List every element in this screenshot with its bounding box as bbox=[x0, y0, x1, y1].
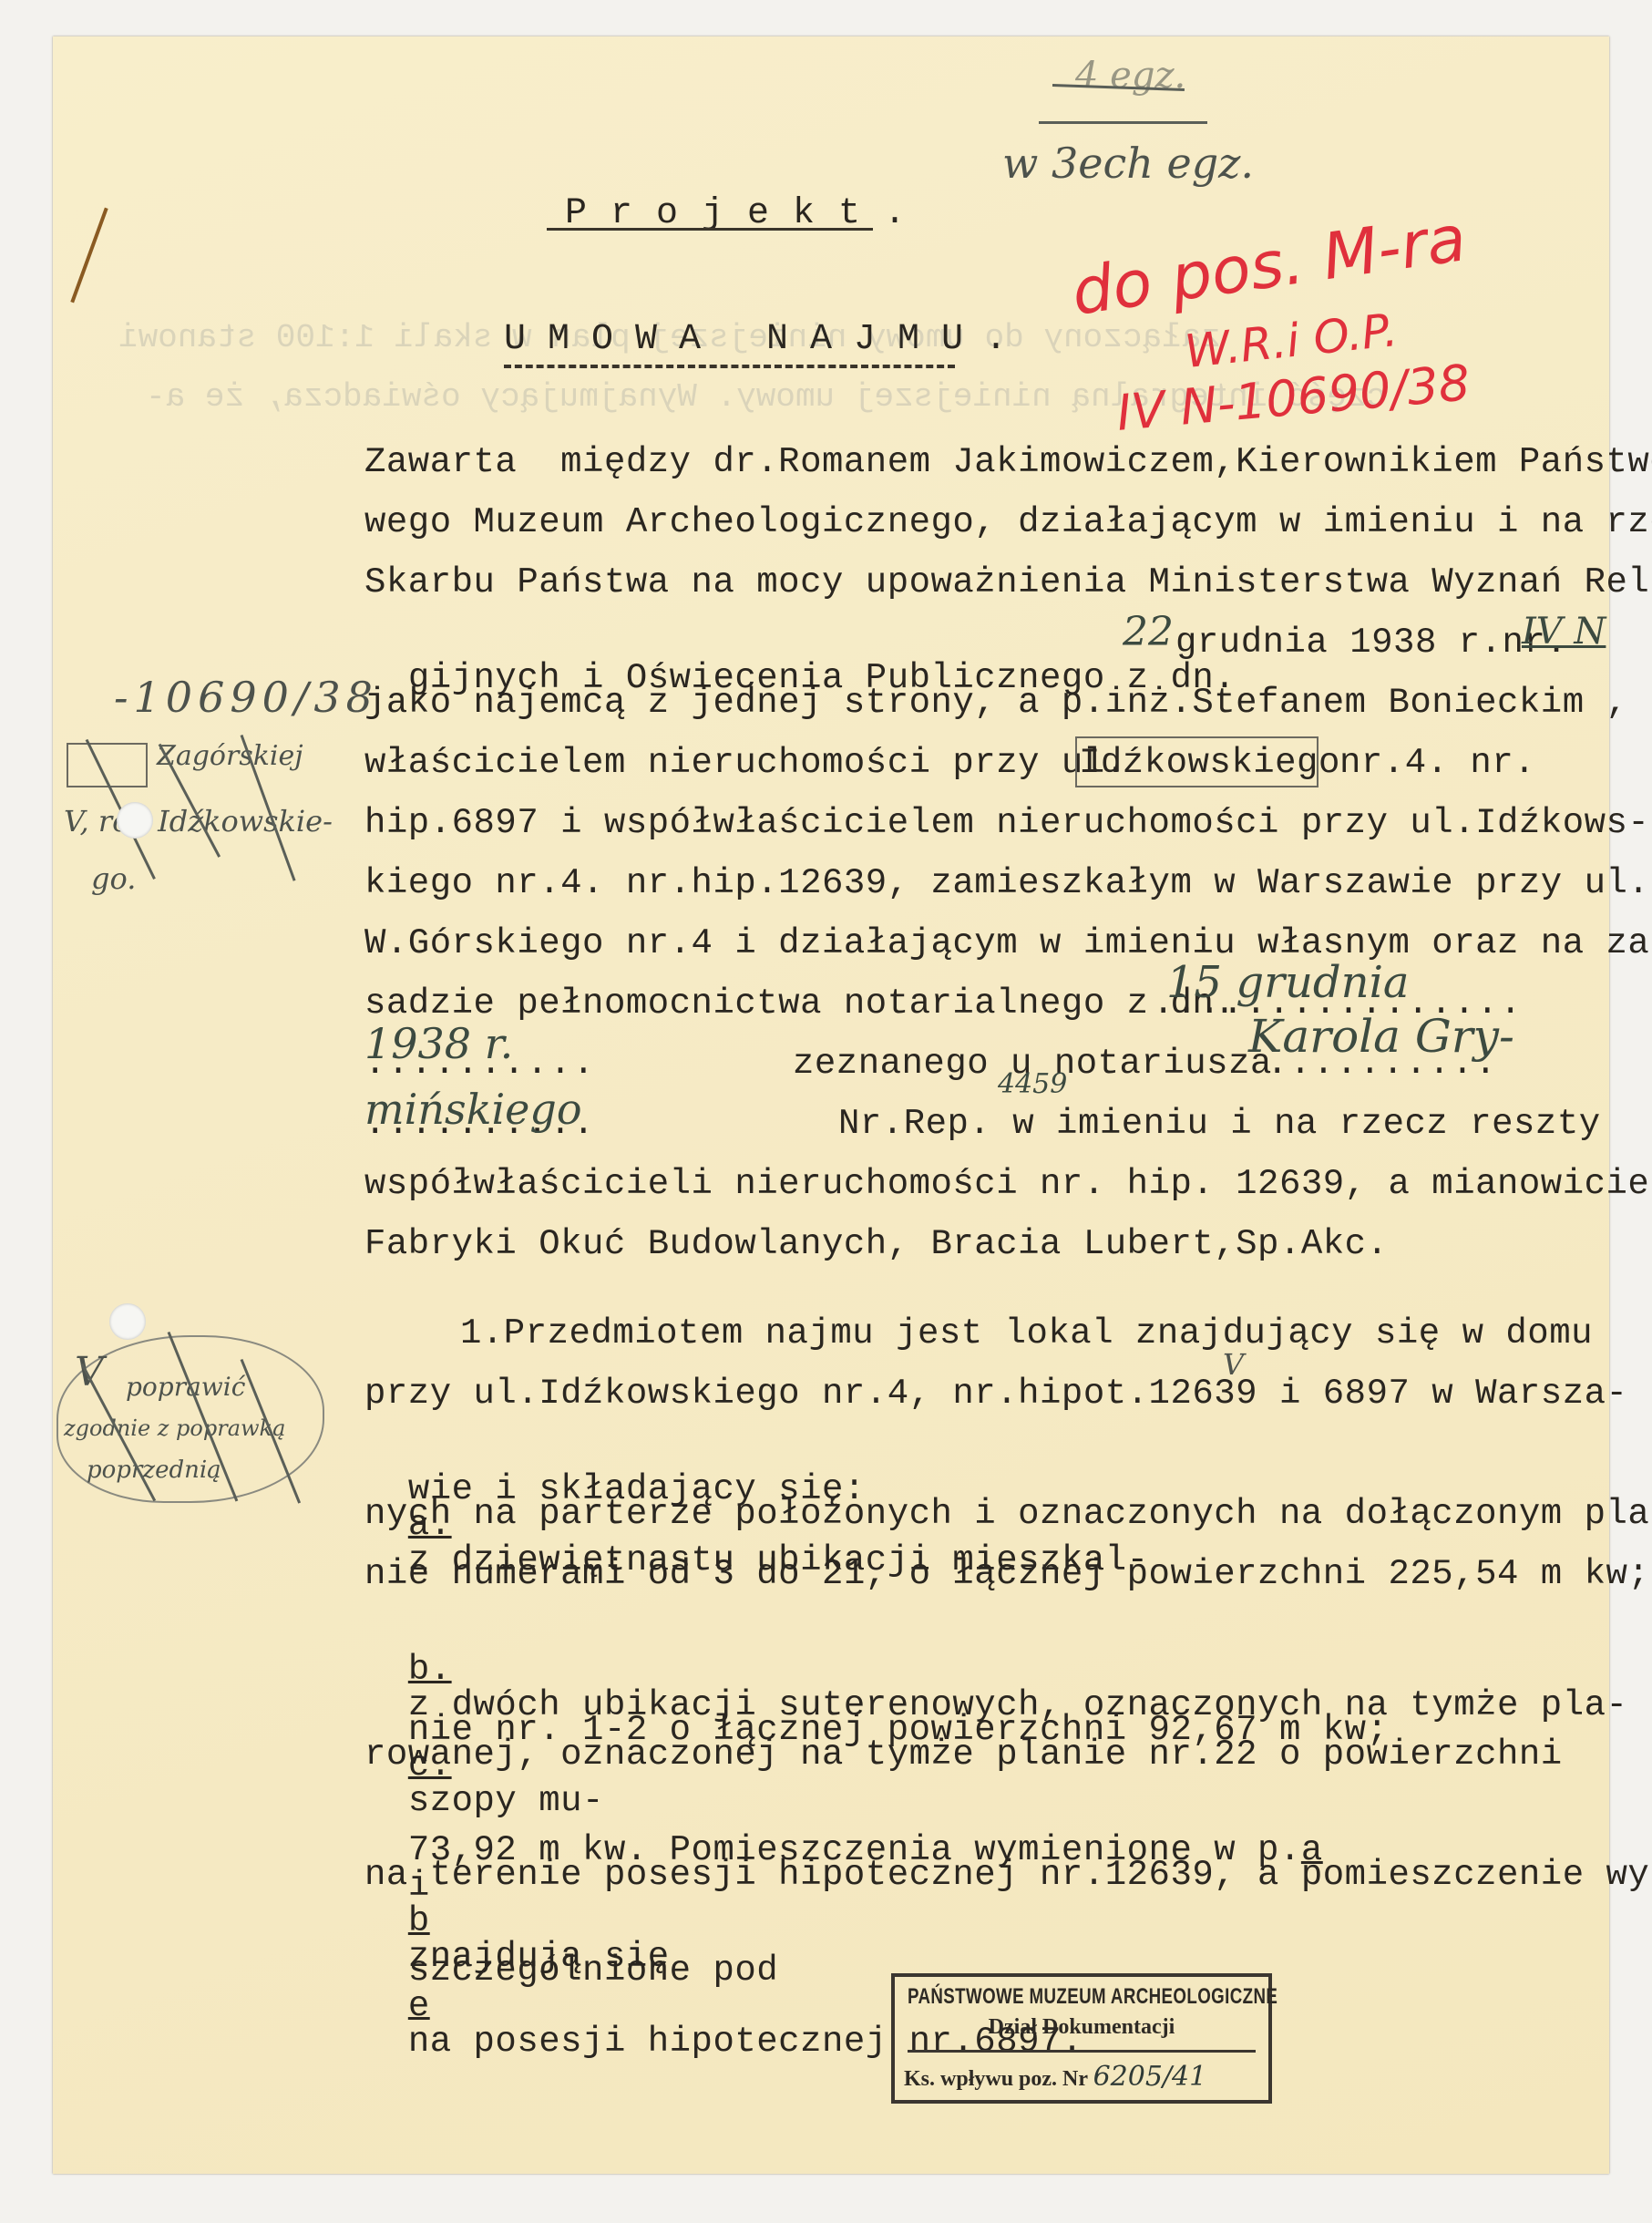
stamp-institution: PAŃSTWOWE MUZEUM ARCHEOLOGICZNE bbox=[908, 1984, 1277, 2010]
handwritten-poa-date: 15 grudnia bbox=[1166, 957, 1410, 1008]
stamp-entry-label: Ks. wpływu poz. Nr bbox=[904, 2067, 1088, 2091]
stamp-entry-line: Ks. wpływu poz. Nr 6205/41 bbox=[904, 2061, 1206, 2093]
archive-stamp: PAŃSTWOWE MUZEUM ARCHEOLOGICZNE Dział Do… bbox=[891, 1973, 1272, 2104]
body-line-12: Nr.Rep. w imieniu i na rzecz reszty bbox=[838, 1106, 1601, 1142]
body-line-10: sadzie pełnomocnictwa notarialnego z dn. bbox=[364, 986, 1236, 1022]
margin-case-number: -10690/38 bbox=[114, 673, 378, 722]
document-title: UMOWA NAJMU. bbox=[504, 319, 1029, 360]
body-line-14: Fabryki Okuć Budowlanych, Bracia Lubert,… bbox=[364, 1227, 1388, 1262]
section-1-line-8: rowanej, oznaczonej na tymże planie nr.2… bbox=[364, 1737, 1563, 1773]
stamp-entry-number: 6205/41 bbox=[1093, 2061, 1207, 2093]
circle-note-line-2: zgodnie z poprawką bbox=[64, 1415, 285, 1441]
section-1-line-4: nych na parterze położonych i oznaczonyc… bbox=[364, 1497, 1652, 1532]
body-line-7: hip.6897 i współwłaścicielem nieruchomoś… bbox=[364, 806, 1649, 841]
copies-note: w 3ech egz. bbox=[1002, 139, 1254, 188]
handwritten-decree-number: IV N bbox=[1522, 611, 1606, 653]
insert-mark-margin: V bbox=[75, 1349, 104, 1395]
handwritten-poa-year: 1938 r. bbox=[364, 1019, 513, 1068]
pencil-box-around-street bbox=[1075, 736, 1319, 787]
title-underline bbox=[504, 365, 955, 368]
section-1-line-5: nie numerami od 3 do 21, o łącznej powie… bbox=[364, 1557, 1649, 1592]
body-line-3: Skarbu Państwa na mocy upoważnienia Mini… bbox=[364, 565, 1652, 601]
body-line-1: Zawarta między dr.Romanem Jakimowiczem,K… bbox=[364, 445, 1652, 480]
circle-note-line-3: poprzednią bbox=[87, 1456, 221, 1484]
body-line-6: właścicielem nieruchomości przy ul. bbox=[364, 746, 1127, 781]
handwritten-notary-name-2: mińskiego bbox=[364, 1085, 582, 1134]
header-underline bbox=[547, 228, 873, 231]
ref-e: e bbox=[408, 1986, 430, 2026]
body-line-2: wego Muzeum Archeologicznego, działający… bbox=[364, 505, 1652, 540]
section-1-line-10: na terenie posesji hipotecznej nr.12639,… bbox=[364, 1858, 1652, 1893]
section-1-line-1: 1.Przedmiotem najmu jest lokal znajdując… bbox=[460, 1316, 1593, 1352]
stamp-department: Dział Dokumentacji bbox=[895, 2015, 1268, 2040]
handwritten-rep-number: 4459 bbox=[998, 1068, 1067, 1100]
insert-mark-inline: V bbox=[1223, 1347, 1244, 1382]
margin-note-line-1: Zagórskiej bbox=[157, 740, 303, 772]
body-line-6-tail: nr.4. nr. bbox=[1339, 746, 1535, 781]
handwritten-notary-name-1: Karola Gry- bbox=[1248, 1010, 1514, 1063]
section-1-line-11-head: szczególnione pod bbox=[408, 1950, 778, 1991]
handwritten-date-day: 22 bbox=[1123, 609, 1174, 655]
body-line-5: jako najemcą z jednej strony, a p.inż.St… bbox=[364, 685, 1627, 721]
body-line-9: W.Górskiego nr.4 i działającym w imieniu… bbox=[364, 926, 1652, 962]
body-line-8: kiego nr.4. nr.hip.12639, zamieszkałym w… bbox=[364, 866, 1649, 901]
body-line-13: współwłaścicieli nieruchomości nr. hip. … bbox=[364, 1167, 1649, 1202]
punch-hole bbox=[109, 1303, 146, 1340]
margin-note-line-3: go. bbox=[91, 861, 136, 896]
body-line-4-tail: grudnia 1938 r.nr. bbox=[1175, 625, 1567, 661]
strike-line bbox=[1039, 121, 1207, 124]
section-1-line-2: przy ul.Idźkowskiego nr.4, nr.hipot.1263… bbox=[364, 1376, 1627, 1412]
stamp-divider bbox=[908, 2050, 1256, 2053]
punch-hole bbox=[117, 802, 153, 839]
